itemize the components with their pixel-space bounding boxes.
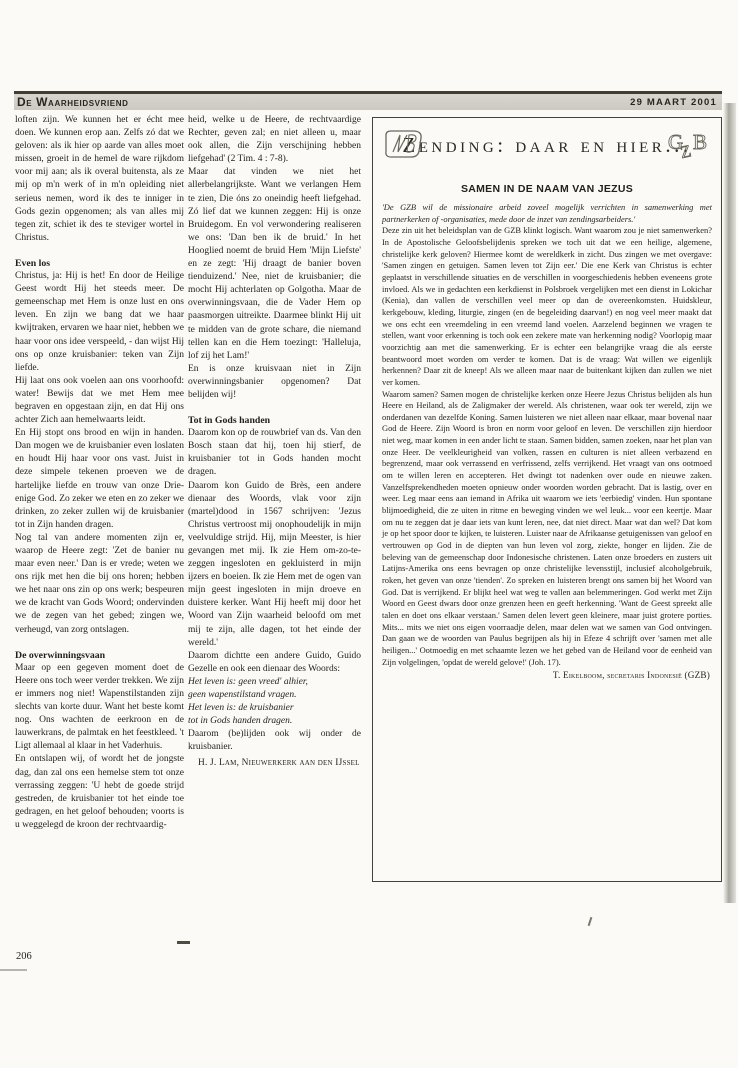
- gzb-letter-b: B: [693, 130, 707, 154]
- verse-line: geen wapenstilstand vragen.: [188, 689, 361, 702]
- zending-intro-quote: 'De GZB wil de missionaire arbeid zoveel…: [382, 202, 712, 225]
- paragraph: Nog tal van andere momenten zijn er, waa…: [15, 532, 184, 637]
- page-header: De Waarheidsvriend 29 MAART 2001: [14, 91, 722, 110]
- magazine-page: De Waarheidsvriend 29 MAART 2001 loften …: [0, 0, 738, 1068]
- section-heading-tot-in-gods-handen: Tot in Gods handen: [188, 414, 361, 427]
- zending-subtitle: SAMEN IN DE NAAM VAN JEZUS: [382, 183, 712, 195]
- paragraph: Daarom dichtte een andere Guido, Guido G…: [188, 650, 361, 676]
- paragraph: Christus, ja: Hij is het! En door de Hei…: [15, 270, 184, 375]
- paragraph: heid, welke u de Heere, de rechtvaardige…: [188, 114, 361, 166]
- paragraph: En is onze kruisvaan niet in Zijn overwi…: [188, 363, 361, 402]
- paragraph: Hij laat ons ook voelen aan ons voorhoof…: [15, 375, 184, 427]
- gzb-logo-right-icon: G Z B: [664, 125, 712, 168]
- paragraph: Deze zin uit het beleidsplan van de GZB …: [382, 225, 712, 388]
- zending-signature: T. Eikelboom, secretaris Indonesië (GZB): [382, 670, 712, 682]
- paragraph: Daarom kon Guido de Brès, een andere die…: [188, 480, 361, 650]
- gzb-letter-z: Z: [679, 141, 693, 162]
- paragraph: En Hij stopt ons brood en wijn in handen…: [15, 427, 184, 532]
- paragraph: Waarom samen? Samen mogen de christelijk…: [382, 389, 712, 669]
- author-signature: H. J. Lam, Nieuwerkerk aan den IJssel: [188, 757, 361, 770]
- verse-line: Het leven is: de kruisbanier: [188, 702, 361, 715]
- section-heading-overwinningsvaan: De overwinningsvaan: [15, 649, 184, 662]
- gzb-monogram-left-icon: [383, 129, 425, 164]
- paragraph: Maar op een gegeven moment doet de Heere…: [15, 662, 184, 754]
- page-number: 206: [16, 951, 32, 962]
- scan-artifact-dash: [177, 941, 190, 944]
- paragraph: En ontslapen wij, of wordt het de jongst…: [15, 753, 184, 832]
- article-column-left: loften zijn. We kunnen het er écht mee d…: [15, 114, 184, 956]
- article-column-middle: heid, welke u de Heere, de rechtvaardige…: [188, 114, 361, 874]
- verse-line: Het leven is: geen vreed' alhier,: [188, 676, 361, 689]
- scan-artifact-tick: [588, 917, 593, 926]
- verse-line: tot in Gods handen dragen.: [188, 715, 361, 728]
- zending-body: 'De GZB wil de missionaire arbeid zoveel…: [382, 202, 712, 682]
- section-heading-even-los: Even los: [15, 257, 184, 270]
- journal-name: De Waarheidsvriend: [17, 95, 128, 109]
- scan-artifact-line: [0, 969, 27, 971]
- paragraph: Daarom kon op de rouwbrief van ds. Van d…: [188, 427, 361, 479]
- zending-box-header: Zending: daar en hier... G Z B: [382, 125, 712, 171]
- issue-date: 29 MAART 2001: [630, 97, 717, 108]
- page-edge-shadow: [723, 103, 736, 903]
- paragraph: Daarom (be)lijden ook wij onder de kruis…: [188, 728, 361, 754]
- zending-article-box: Zending: daar en hier... G Z B SAMEN IN …: [372, 117, 722, 882]
- paragraph: Maar dat vinden we niet het allerbelangr…: [188, 166, 361, 362]
- paragraph: loften zijn. We kunnen het er écht mee d…: [15, 114, 184, 245]
- zending-title: Zending: daar en hier...: [382, 125, 712, 158]
